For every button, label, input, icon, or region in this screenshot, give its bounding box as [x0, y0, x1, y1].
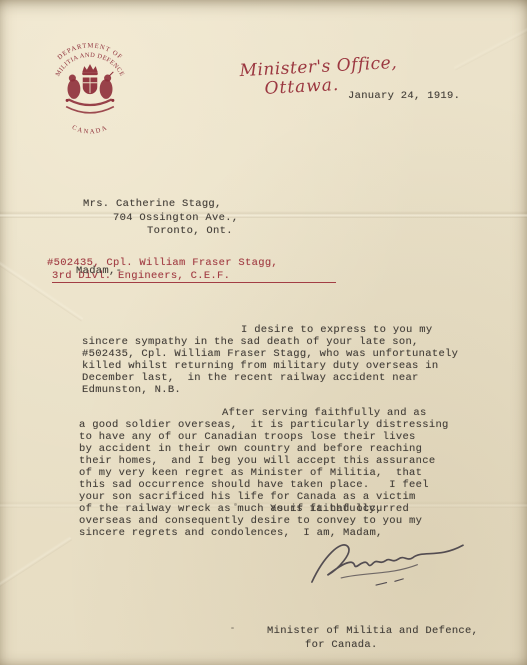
svg-text:CANADA: CANADA	[71, 124, 110, 136]
body-line: this sad occurrence should have taken pl…	[79, 479, 449, 491]
crest-bottom-text: CANADA	[71, 124, 110, 136]
body-line: sincere sympathy in the sad death of you…	[82, 336, 458, 348]
paper-speck	[231, 627, 234, 629]
body-line: #502435, Cpl. William Fraser Stagg, who …	[82, 348, 458, 360]
address-line: Mrs. Catherine Stagg,	[83, 198, 238, 212]
body-line: their homes, and I beg you will accept t…	[79, 455, 449, 467]
salutation: Madam,-	[76, 265, 122, 277]
letter-scan: DEPARTMENT OF MILITIA AND DEFENCE CANADA	[0, 0, 527, 665]
body-line: your son sacrificed his life for Canada …	[79, 491, 449, 503]
paper-speck	[234, 503, 237, 506]
body-paragraph-2: After serving faithfully and asa good so…	[79, 371, 449, 539]
militia-and-defence-crest-icon: DEPARTMENT OF MILITIA AND DEFENCE CANADA	[38, 34, 142, 146]
sender-title-line: Minister of Militia and Defence,	[267, 625, 478, 639]
crest-coat-of-arms	[66, 64, 115, 113]
sender-title-block: Minister of Militia and Defence,for Cana…	[267, 589, 478, 652]
letter-date: January 24, 1919.	[348, 90, 460, 102]
valediction: Yours faithfully,	[270, 503, 382, 515]
body-line: After serving faithfully and as	[79, 407, 449, 419]
body-line: overseas and consequently desire to conv…	[79, 515, 449, 527]
body-line: of the railway wreck as much as if it ha…	[79, 503, 449, 515]
sender-title-line: for Canada.	[305, 639, 478, 653]
body-line: I desire to express to you my	[82, 324, 458, 336]
body-line: of my very keen regret as Minister of Mi…	[79, 467, 449, 479]
body-line: to have any of our Canadian troops lose …	[79, 431, 449, 443]
body-line: a good soldier overseas, it is particula…	[79, 419, 449, 431]
body-line: by accident in their own country and bef…	[79, 443, 449, 455]
signature-handwriting-icon	[305, 530, 475, 594]
